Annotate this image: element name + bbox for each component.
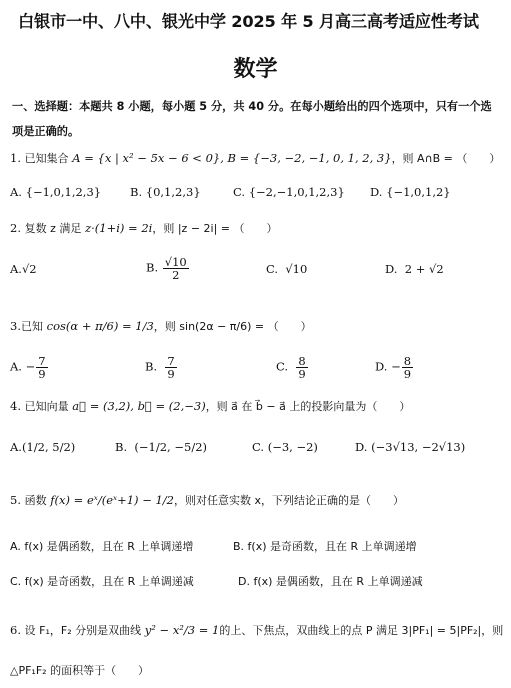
question-4-option-a: A.(1/2, 5/2) — [10, 440, 75, 454]
question-4-option-b: B. (−1/2, −5/2) — [115, 440, 207, 454]
question-text: 设 F₁，F₂ 分别是双曲线 — [25, 624, 141, 637]
question-4-option-c: C. (−3, −2) — [252, 440, 318, 454]
question-text: 已知 — [21, 320, 43, 333]
question-text: ，则 A∩B = （ ） — [392, 152, 501, 165]
question-text: 已知向量 — [25, 400, 69, 413]
question-2-option-c: C. √10 — [266, 262, 307, 276]
question-5-option-b: B. f(x) 是奇函数，且在 R 上单调递增 — [233, 538, 417, 554]
question-text: ，则 |z − 2i| = （ ） — [152, 222, 277, 235]
question-6-stem-line2: △PF₁F₂ 的面积等于（ ） — [10, 662, 149, 678]
question-number: 2. — [10, 221, 21, 235]
subject-title: 数学 — [0, 52, 511, 83]
question-6-stem: 6. 设 F₁，F₂ 分别是双曲线 y² − x²/3 = 1的上、下焦点，双曲… — [10, 622, 503, 638]
question-math: z·(1+i) = 2i — [85, 221, 152, 235]
section-instructions-line2: 项是正确的。 — [12, 123, 79, 139]
question-2-option-d: D. 2 + √2 — [385, 262, 444, 276]
question-4-stem: 4. 已知向量 a⃗ = (3,2), b⃗ = (2,−3)，则 a⃗ 在 b… — [10, 398, 410, 414]
question-5-option-a: A. f(x) 是偶函数，且在 R 上单调递增 — [10, 538, 193, 554]
question-2-option-b: B. √102 — [146, 256, 190, 281]
question-5-stem: 5. 函数 f(x) = eˣ/(eˣ+1) − 1/2，则对任意实数 x，下列… — [10, 492, 404, 508]
question-text: 的上、下焦点，双曲线上的点 P 满足 3|PF₁| = 5|PF₂|，则 — [219, 624, 503, 637]
question-math: cos(α + π/6) = 1/3 — [47, 319, 154, 333]
section-instructions-line1: 一、选择题：本题共 8 小题，每小题 5 分，共 40 分。在每小题给出的四个选… — [12, 98, 492, 114]
question-number: 6. — [10, 623, 21, 637]
question-text: ，则 a⃗ 在 b⃗ − a⃗ 上的投影向量为（ ） — [206, 400, 411, 413]
question-math: y² − x²/3 = 1 — [145, 623, 220, 637]
question-text: ，则 sin(2α − π/6) = （ ） — [154, 320, 312, 333]
question-1-option-a: A. {−1,0,1,2,3} — [10, 185, 101, 199]
question-5-option-c: C. f(x) 是奇函数，且在 R 上单调递减 — [10, 573, 194, 589]
question-text: 函数 — [25, 494, 47, 507]
question-text: ，则对任意实数 x，下列结论正确的是（ ） — [174, 494, 404, 507]
question-4-option-d: D. (−3√13, −2√13) — [355, 440, 465, 454]
question-1-stem: 1. 已知集合 A = {x | x² − 5x − 6 < 0}, B = {… — [10, 150, 500, 166]
question-number: 1. — [10, 151, 21, 165]
question-3-option-a: A. −79 — [10, 355, 49, 380]
question-1-option-c: C. {−2,−1,0,1,2,3} — [233, 185, 345, 199]
question-5-option-d: D. f(x) 是偶函数，且在 R 上单调递减 — [238, 573, 423, 589]
question-math: f(x) = eˣ/(eˣ+1) − 1/2 — [50, 493, 174, 507]
question-text: 已知集合 — [25, 152, 69, 165]
question-number: 3. — [10, 319, 21, 333]
question-3-option-b: B. 79 — [145, 355, 178, 380]
question-1-option-b: B. {0,1,2,3} — [130, 185, 201, 199]
question-3-option-d: D. −89 — [375, 355, 414, 380]
question-3-stem: 3.已知 cos(α + π/6) = 1/3，则 sin(2α − π/6) … — [10, 318, 312, 334]
question-math: a⃗ = (3,2), b⃗ = (2,−3) — [72, 399, 205, 413]
exam-title: 白银市一中、八中、银光中学 2025 年 5 月高三高考适应性考试 — [18, 8, 479, 32]
question-2-option-a: A.√2 — [10, 262, 37, 276]
question-1-option-d: D. {−1,0,1,2} — [370, 185, 451, 199]
question-number: 5. — [10, 493, 21, 507]
question-2-stem: 2. 复数 z 满足 z·(1+i) = 2i，则 |z − 2i| = （ ） — [10, 220, 278, 236]
question-text: 复数 z 满足 — [25, 222, 82, 235]
question-number: 4. — [10, 399, 21, 413]
question-math: A = {x | x² − 5x − 6 < 0}, B = {−3, −2, … — [72, 151, 391, 165]
question-3-option-c: C. 89 — [276, 355, 309, 380]
